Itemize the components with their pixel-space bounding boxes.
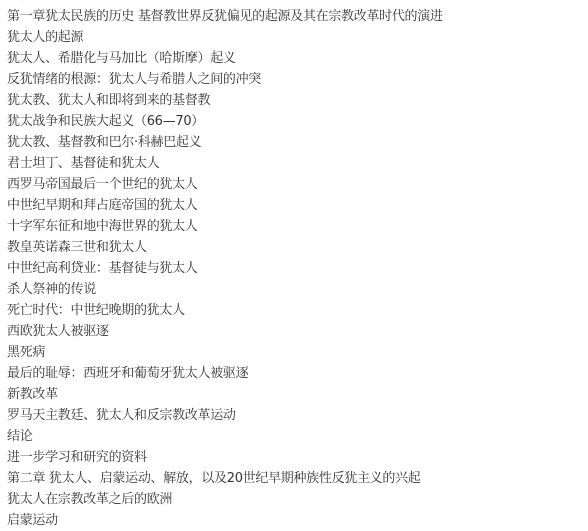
toc-item: 最后的耻辱：西班牙和葡萄牙犹太人被驱逐: [7, 363, 443, 384]
toc-item: 结论: [7, 426, 443, 447]
toc-item: 犹太人在宗教改革之后的欧洲: [7, 489, 443, 510]
toc-item: 犹太人、希腊化与马加比（哈斯摩）起义: [7, 48, 443, 69]
toc-chapter-1: 第一章犹太民族的历史 基督教世界反犹偏见的起源及其在宗教改革时代的演进: [7, 6, 443, 27]
toc-item: 犹太战争和民族大起义（66—70）: [7, 111, 443, 132]
toc-item: 启蒙运动: [7, 510, 443, 531]
toc-item: 中世纪高利贷业：基督徒与犹太人: [7, 258, 443, 279]
toc-item: 死亡时代：中世纪晚期的犹太人: [7, 300, 443, 321]
toc-item: 新教改革: [7, 384, 443, 405]
toc-item: 中世纪早期和拜占庭帝国的犹太人: [7, 195, 443, 216]
toc-item: 十字军东征和地中海世界的犹太人: [7, 216, 443, 237]
toc-item: 犹太人的起源: [7, 27, 443, 48]
toc-chapter-2: 第二章 犹太人、启蒙运动、解放，以及20世纪早期种族性反犹主义的兴起: [7, 468, 443, 489]
toc-item: 西罗马帝国最后一个世纪的犹太人: [7, 174, 443, 195]
toc-item: 罗马天主教廷、犹太人和反宗教改革运动: [7, 405, 443, 426]
table-of-contents: 前言 第一章犹太民族的历史 基督教世界反犹偏见的起源及其在宗教改革时代的演进 犹…: [7, 0, 443, 531]
toc-item: 西欧犹太人被驱逐: [7, 321, 443, 342]
toc-item: 君士坦丁、基督徒和犹太人: [7, 153, 443, 174]
toc-item: 黑死病: [7, 342, 443, 363]
toc-item: 反犹情绪的根源：犹太人与希腊人之间的冲突: [7, 69, 443, 90]
toc-item: 犹太教、基督教和巴尔·科赫巴起义: [7, 132, 443, 153]
toc-item: 教皇英诺森三世和犹太人: [7, 237, 443, 258]
toc-item: 犹太教、犹太人和即将到来的基督教: [7, 90, 443, 111]
toc-item: 杀人祭神的传说: [7, 279, 443, 300]
toc-item: 进一步学习和研究的资料: [7, 447, 443, 468]
